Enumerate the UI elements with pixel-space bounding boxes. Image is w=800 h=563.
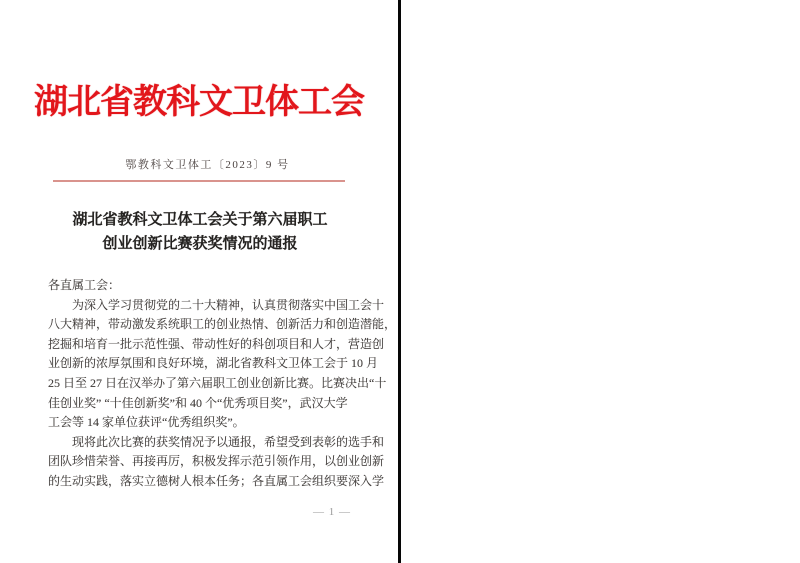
text-line: 业创新的浓厚氛围和良好环境，湖北省教科文卫体工会于 10 月 xyxy=(48,354,393,374)
text-line: 八大精神，带动激发系统职工的创业热情、创新活力和创造潜能， xyxy=(48,315,393,335)
text-line: 团队珍惜荣誉、再接再厉，积极发挥示范引领作用，以创业创新 xyxy=(48,452,393,472)
document-page-2: 习宣传贯彻习近平总书记关于工人阶级和工会工作论述摘编，大力弘扬劳模精神、劳动精神… xyxy=(401,0,800,563)
document-page-1: 湖北省教科文卫体工会 鄂教科文卫体工〔2023〕9 号 湖北省教科文卫体工会关于… xyxy=(0,0,398,563)
text-line: 各直属工会： xyxy=(48,276,393,296)
document-reference-number: 鄂教科文卫体工〔2023〕9 号 xyxy=(30,156,385,172)
text-line: 佳创业奖” “十佳创新奖”和 40 个“优秀项目奖”，武汉大学 xyxy=(48,394,393,414)
text-line: 25 日至 27 日在汉举办了第六届职工创业创新比赛。比赛决出“十 xyxy=(48,374,393,394)
document-title-line-2: 创业创新比赛获奖情况的通报 xyxy=(28,232,372,256)
text-line: 的生动实践，落实立德树人根本任务；各直属工会组织要深入学 xyxy=(48,472,393,492)
text-line: 挖掘和培育一批示范性强、带动性好的科创项目和人才，营造创 xyxy=(48,335,393,355)
text-line: 现将此次比赛的获奖情况予以通报，希望受到表彰的选手和 xyxy=(48,433,393,453)
document-title-line-1: 湖北省教科文卫体工会关于第六届职工 xyxy=(28,208,372,232)
red-header-rule xyxy=(53,180,345,182)
document-title: 湖北省教科文卫体工会关于第六届职工 创业创新比赛获奖情况的通报 xyxy=(28,208,372,256)
text-line: 为深入学习贯彻党的二十大精神，认真贯彻落实中国工会十 xyxy=(48,296,393,316)
page-1-body-text: 各直属工会： 为深入学习贯彻党的二十大精神，认真贯彻落实中国工会十八大精神，带动… xyxy=(48,276,393,492)
scanned-document-spread: 湖北省教科文卫体工会 鄂教科文卫体工〔2023〕9 号 湖北省教科文卫体工会关于… xyxy=(0,0,800,563)
issuing-org-title: 湖北省教科文卫体工会 xyxy=(18,74,380,123)
text-line: 工会等 14 家单位获评“优秀组织奖”。 xyxy=(48,413,393,433)
page-1-number: — 1 — xyxy=(297,506,367,518)
